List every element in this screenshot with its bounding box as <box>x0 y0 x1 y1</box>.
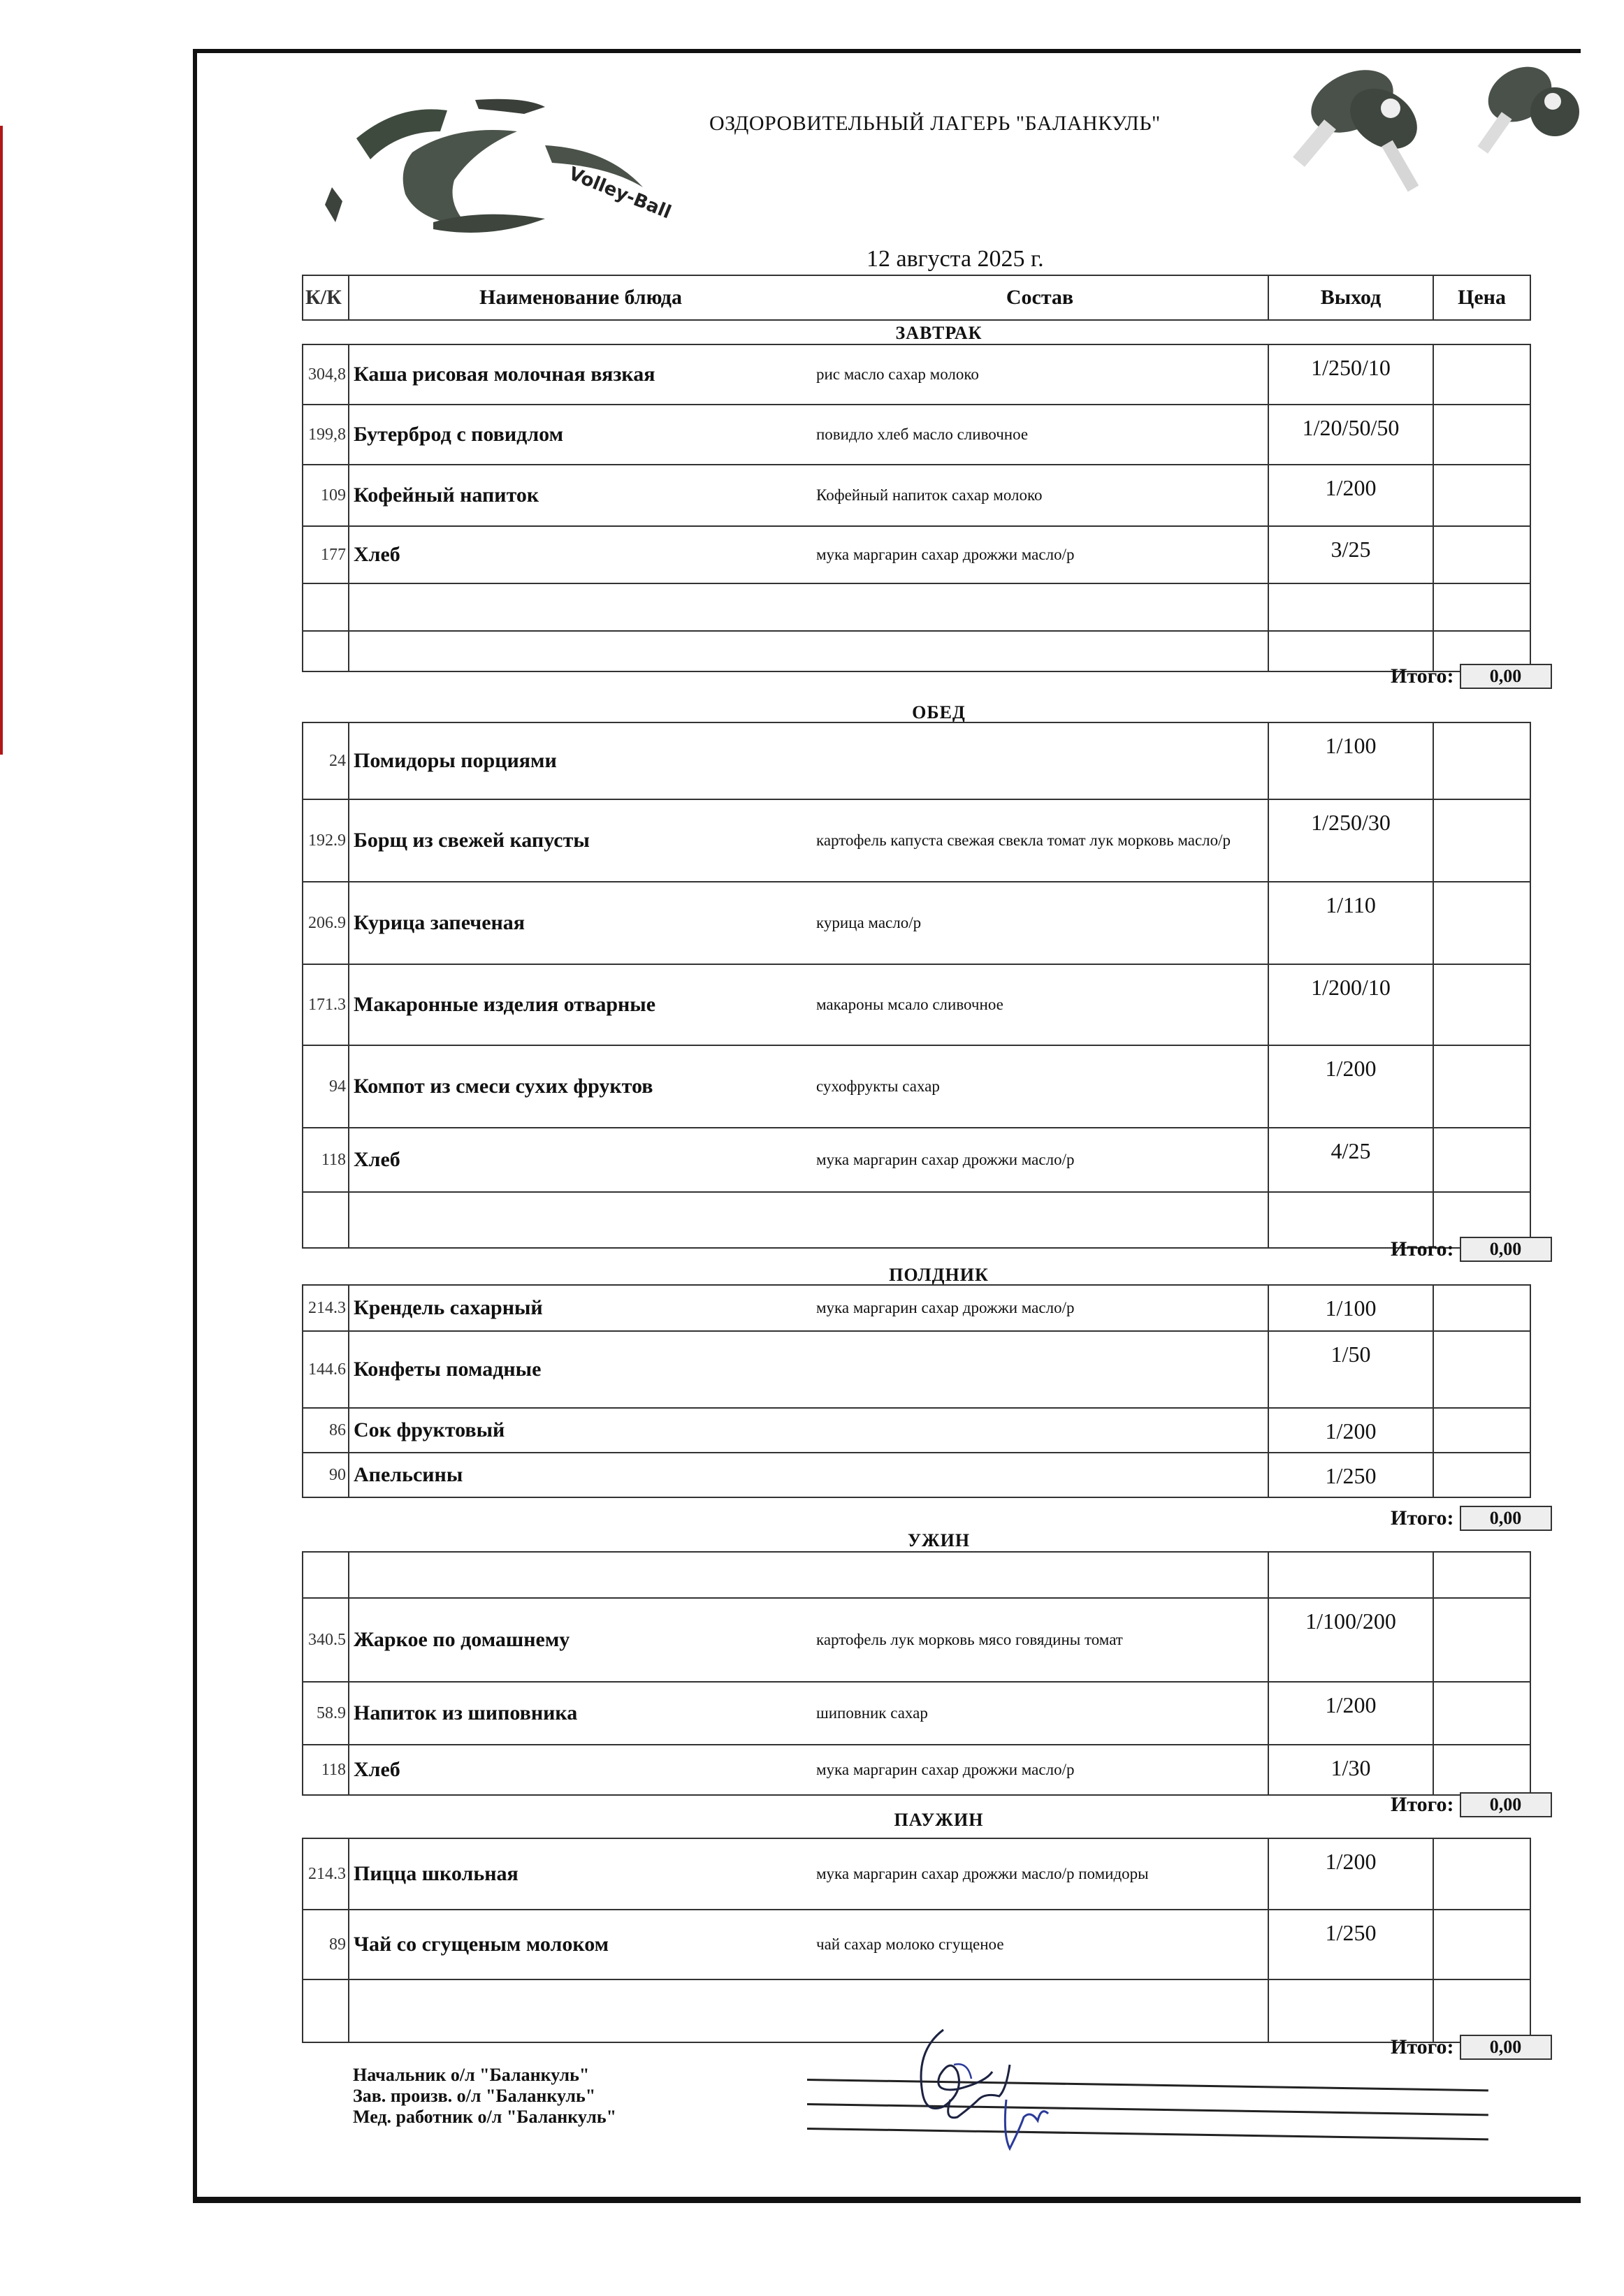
dish-name: Хлеб <box>349 1745 812 1795</box>
dish-composition: сухофрукты сахар <box>812 1045 1268 1128</box>
dish-code: 214.3 <box>303 1838 349 1910</box>
dish-composition <box>812 1331 1268 1408</box>
dish-name: Каша рисовая молочная вязкая <box>349 344 812 405</box>
section-title: ЗАВТРАК <box>302 323 1576 344</box>
dish-composition: мука маргарин сахар дрожжи масло/р <box>812 1745 1268 1795</box>
dish-output <box>1268 583 1433 631</box>
dish-output: 1/200/10 <box>1268 964 1433 1045</box>
table-row: 214.3Крендель сахарныймука маргарин саха… <box>303 1285 1530 1331</box>
dish-price[interactable] <box>1433 1408 1530 1453</box>
dish-code: 118 <box>303 1745 349 1795</box>
dish-output: 1/20/50/50 <box>1268 405 1433 465</box>
dish-output: 1/200 <box>1268 1408 1433 1453</box>
table-row: 199,8Бутерброд с повидломповидло хлеб ма… <box>303 405 1530 465</box>
dish-name: Хлеб <box>349 1128 812 1192</box>
section-title: ПОЛДНИК <box>302 1265 1576 1286</box>
signature-labels: Начальник о/л "Баланкуль" Зав. произв. о… <box>353 2065 616 2128</box>
dish-output <box>1268 1979 1433 2042</box>
dish-code: 144.6 <box>303 1331 349 1408</box>
section-title: УЖИН <box>302 1530 1576 1551</box>
dish-price[interactable] <box>1433 465 1530 526</box>
total-label: Итого: <box>1391 1506 1454 1530</box>
dish-composition <box>812 631 1268 671</box>
dish-price[interactable] <box>1433 1045 1530 1128</box>
header-price: Цена <box>1433 275 1530 320</box>
dish-code: 177 <box>303 526 349 583</box>
dish-code <box>303 1979 349 2042</box>
menu-table-header: К/К Наименование блюда Состав Выход Цена <box>302 275 1531 321</box>
dish-output: 1/100 <box>1268 722 1433 799</box>
volleyball-logo-icon: Volley-Ball <box>314 82 748 250</box>
section-title: ОБЕД <box>302 702 1576 723</box>
dish-name: Сок фруктовый <box>349 1408 812 1453</box>
dish-code: 192.9 <box>303 799 349 882</box>
dish-price[interactable] <box>1433 1128 1530 1192</box>
menu-section-table: 214.3Крендель сахарныймука маргарин саха… <box>302 1284 1531 1498</box>
dish-price[interactable] <box>1433 1598 1530 1682</box>
dish-code: 86 <box>303 1408 349 1453</box>
dish-price[interactable] <box>1433 1745 1530 1795</box>
dish-name <box>349 583 812 631</box>
section-total: Итого:0,00 <box>1391 664 1552 689</box>
table-row: 214.3Пицца школьнаямука маргарин сахар д… <box>303 1838 1530 1910</box>
dish-price[interactable] <box>1433 526 1530 583</box>
table-row: 118Хлебмука маргарин сахар дрожжи масло/… <box>303 1745 1530 1795</box>
table-tennis-paddles-icon <box>1279 63 1579 203</box>
dish-code: 24 <box>303 722 349 799</box>
dish-name: Пицца школьная <box>349 1838 812 1910</box>
dish-code <box>303 631 349 671</box>
dish-composition <box>812 1453 1268 1497</box>
dish-code: 94 <box>303 1045 349 1128</box>
table-row: 206.9Курица запеченаякурица масло/р1/110 <box>303 882 1530 964</box>
dish-price[interactable] <box>1433 964 1530 1045</box>
camp-title: ОЗДОРОВИТЕЛЬНЫЙ ЛАГЕРЬ "БАЛАНКУЛЬ" <box>709 112 1161 136</box>
table-row: 144.6Конфеты помадные1/50 <box>303 1331 1530 1408</box>
dish-name: Напиток из шиповника <box>349 1682 812 1745</box>
table-row <box>303 1552 1530 1598</box>
total-value: 0,00 <box>1460 2035 1552 2060</box>
total-value: 0,00 <box>1460 1506 1552 1531</box>
dish-output <box>1268 1552 1433 1598</box>
dish-composition <box>812 722 1268 799</box>
dish-output: 1/250/10 <box>1268 344 1433 405</box>
section-total: Итого:0,00 <box>1391 1237 1552 1262</box>
total-label: Итого: <box>1391 2035 1454 2059</box>
signature-label-production: Зав. произв. о/л "Баланкуль" <box>353 2086 616 2107</box>
dish-name <box>349 631 812 671</box>
header-output: Выход <box>1268 275 1433 320</box>
dish-output: 1/50 <box>1268 1331 1433 1408</box>
dish-output: 1/250 <box>1268 1910 1433 1979</box>
dish-composition: мука маргарин сахар дрожжи масло/р <box>812 1128 1268 1192</box>
scan-edge-mark <box>0 126 3 755</box>
table-row <box>303 1192 1530 1248</box>
section-total: Итого:0,00 <box>1391 2035 1552 2060</box>
menu-date: 12 августа 2025 г. <box>867 246 1044 273</box>
dish-composition <box>812 583 1268 631</box>
table-row: 58.9Напиток из шиповникашиповник сахар1/… <box>303 1682 1530 1745</box>
dish-name: Макаронные изделия отварные <box>349 964 812 1045</box>
header-name: Наименование блюда <box>349 275 812 320</box>
table-row: 24Помидоры порциями1/100 <box>303 722 1530 799</box>
dish-composition: шиповник сахар <box>812 1682 1268 1745</box>
table-row: 192.9Борщ из свежей капустыкартофель кап… <box>303 799 1530 882</box>
total-value: 0,00 <box>1460 1237 1552 1262</box>
dish-composition: мука маргарин сахар дрожжи масло/р <box>812 526 1268 583</box>
header-kk: К/К <box>303 275 349 320</box>
dish-output: 1/250/30 <box>1268 799 1433 882</box>
dish-price[interactable] <box>1433 1682 1530 1745</box>
dish-output: 1/200 <box>1268 1838 1433 1910</box>
dish-price[interactable] <box>1433 799 1530 882</box>
dish-composition: чай сахар молоко сгущеное <box>812 1910 1268 1979</box>
dish-code: 171.3 <box>303 964 349 1045</box>
table-row: 171.3Макаронные изделия отварныемакароны… <box>303 964 1530 1045</box>
table-row: 89Чай со сгущеным молокомчай сахар молок… <box>303 1910 1530 1979</box>
table-row <box>303 583 1530 631</box>
dish-code: 90 <box>303 1453 349 1497</box>
table-row: 118Хлебмука маргарин сахар дрожжи масло/… <box>303 1128 1530 1192</box>
dish-code <box>303 1192 349 1248</box>
dish-output: 1/30 <box>1268 1745 1433 1795</box>
dish-code: 214.3 <box>303 1285 349 1331</box>
dish-composition: повидло хлеб масло сливочное <box>812 405 1268 465</box>
dish-code: 89 <box>303 1910 349 1979</box>
table-row: 177Хлебмука маргарин сахар дрожжи масло/… <box>303 526 1530 583</box>
dish-name <box>349 1192 812 1248</box>
dish-code: 304,8 <box>303 344 349 405</box>
dish-name: Крендель сахарный <box>349 1285 812 1331</box>
dish-output: 1/200 <box>1268 465 1433 526</box>
dish-code: 58.9 <box>303 1682 349 1745</box>
dish-output: 1/200 <box>1268 1682 1433 1745</box>
dish-code: 340.5 <box>303 1598 349 1682</box>
dish-name: Бутерброд с повидлом <box>349 405 812 465</box>
total-label: Итого: <box>1391 664 1454 688</box>
dish-name <box>349 1552 812 1598</box>
dish-name: Хлеб <box>349 526 812 583</box>
dish-composition: картофель лук морковь мясо говядины тома… <box>812 1598 1268 1682</box>
dish-composition: мука маргарин сахар дрожжи масло/р <box>812 1285 1268 1331</box>
dish-composition <box>812 1192 1268 1248</box>
dish-price[interactable] <box>1433 583 1530 631</box>
dish-name: Жаркое по домашнему <box>349 1598 812 1682</box>
menu-section-table: 214.3Пицца школьнаямука маргарин сахар д… <box>302 1838 1531 2043</box>
dish-price[interactable] <box>1433 1910 1530 1979</box>
dish-output: 1/250 <box>1268 1453 1433 1497</box>
handwritten-signature-icon <box>901 2023 1125 2156</box>
dish-composition <box>812 1408 1268 1453</box>
dish-price[interactable] <box>1433 1331 1530 1408</box>
dish-output: 1/200 <box>1268 1045 1433 1128</box>
total-label: Итого: <box>1391 1237 1454 1261</box>
menu-section-table: 304,8Каша рисовая молочная вязкаярис мас… <box>302 344 1531 672</box>
dish-output: 3/25 <box>1268 526 1433 583</box>
dish-name: Помидоры порциями <box>349 722 812 799</box>
dish-price[interactable] <box>1433 882 1530 964</box>
dish-price[interactable] <box>1433 1838 1530 1910</box>
dish-composition: курица масло/р <box>812 882 1268 964</box>
dish-name: Конфеты помадные <box>349 1331 812 1408</box>
dish-output: 4/25 <box>1268 1128 1433 1192</box>
dish-name: Компот из смеси сухих фруктов <box>349 1045 812 1128</box>
dish-price[interactable] <box>1433 1285 1530 1331</box>
dish-composition: макароны мсало сливочное <box>812 964 1268 1045</box>
dish-name: Курица запеченая <box>349 882 812 964</box>
dish-name: Кофейный напиток <box>349 465 812 526</box>
total-value: 0,00 <box>1460 664 1552 689</box>
dish-name: Борщ из свежей капусты <box>349 799 812 882</box>
dish-name <box>349 1979 812 2042</box>
dish-name: Апельсины <box>349 1453 812 1497</box>
dish-price[interactable] <box>1433 1979 1530 2042</box>
section-title: ПАУЖИН <box>302 1810 1576 1831</box>
dish-price[interactable] <box>1433 1552 1530 1598</box>
menu-section-table: 340.5Жаркое по домашнемукартофель лук мо… <box>302 1551 1531 1796</box>
dish-price[interactable] <box>1433 344 1530 405</box>
dish-price[interactable] <box>1433 1453 1530 1497</box>
dish-composition <box>812 1552 1268 1598</box>
section-total: Итого:0,00 <box>1391 1506 1552 1531</box>
dish-code <box>303 583 349 631</box>
dish-code: 109 <box>303 465 349 526</box>
dish-composition: картофель капуста свежая свекла томат лу… <box>812 799 1268 882</box>
table-row: 340.5Жаркое по домашнемукартофель лук мо… <box>303 1598 1530 1682</box>
dish-price[interactable] <box>1433 405 1530 465</box>
dish-composition: Кофейный напиток сахар молоко <box>812 465 1268 526</box>
header-composition: Состав <box>812 275 1268 320</box>
dish-code: 118 <box>303 1128 349 1192</box>
dish-name: Чай со сгущеным молоком <box>349 1910 812 1979</box>
dish-code <box>303 1552 349 1598</box>
dish-output: 1/110 <box>1268 882 1433 964</box>
dish-output: 1/100 <box>1268 1285 1433 1331</box>
signature-label-head: Начальник о/л "Баланкуль" <box>353 2065 616 2086</box>
dish-composition: рис масло сахар молоко <box>812 344 1268 405</box>
dish-code: 199,8 <box>303 405 349 465</box>
table-row: 94Компот из смеси сухих фруктовсухофрукт… <box>303 1045 1530 1128</box>
table-row: 109Кофейный напитокКофейный напиток саха… <box>303 465 1530 526</box>
menu-section-table: 24Помидоры порциями1/100192.9Борщ из све… <box>302 722 1531 1249</box>
dish-output: 1/100/200 <box>1268 1598 1433 1682</box>
signature-label-medic: Мед. работник о/л "Баланкуль" <box>353 2107 616 2128</box>
dish-code: 206.9 <box>303 882 349 964</box>
dish-composition: мука маргарин сахар дрожжи масло/р помид… <box>812 1838 1268 1910</box>
table-row: 304,8Каша рисовая молочная вязкаярис мас… <box>303 344 1530 405</box>
dish-price[interactable] <box>1433 722 1530 799</box>
table-row: 86Сок фруктовый1/200 <box>303 1408 1530 1453</box>
table-row <box>303 631 1530 671</box>
table-row: 90Апельсины1/250 <box>303 1453 1530 1497</box>
